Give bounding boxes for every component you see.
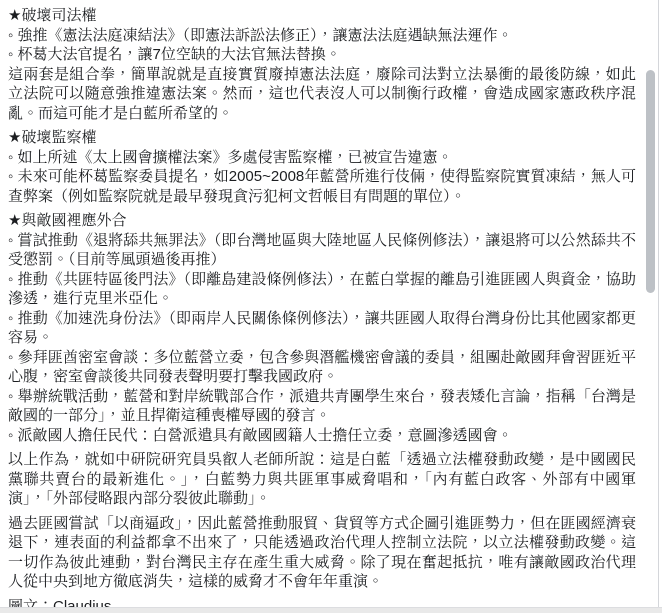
section-control-yuan-power: ★破壞監察權 ◦ 如上所述《太上國會擴權法案》多處侵害監察權，已被宣告違憲。 ◦… xyxy=(8,128,636,206)
post-viewer-window: ★破壞司法權 ◦ 強推《憲法法庭凍結法》（即憲法訴訟法修正），讓憲法法庭遇缺無法… xyxy=(0,0,662,613)
summary-paragraph: 以上作為，就如中研院研究員吳叡人老師所說：這是白藍「透過立法權發動政變，是中國國… xyxy=(8,450,636,509)
section-heading: ★破壞監察權 xyxy=(8,128,636,148)
bullet-line: ◦ 舉辦統戰活動，藍營和對岸統戰部合作，派遣共青團學生來台，發表矮化言論，指稱「… xyxy=(8,387,636,426)
section-enemy-collusion: ★與敵國裡應外合 ◦ 嘗試推動《退將舔共無罪法》（即台灣地區與大陸地區人民條例修… xyxy=(8,211,636,445)
bullet-line: ◦ 推動《共匪特區後門法》（即離島建設條例修法），在藍白掌握的離島引進匪國人與資… xyxy=(8,270,636,309)
conclusion-paragraph: 過去匪國嘗試「以商逼政」，因此藍營推動服貿、貨貿等方式企圖引進匪勢力，但在匪國經… xyxy=(8,514,636,592)
scrollbar-thumb[interactable] xyxy=(646,70,655,293)
credit-block: 圖文：Claudius xyxy=(8,597,636,608)
bullet-line: ◦ 派敵國人擔任民代：白營派遣具有敵國國籍人士擔任立委，意圖滲透國會。 xyxy=(8,426,636,446)
section-judicial-power: ★破壞司法權 ◦ 強推《憲法法庭凍結法》（即憲法訴訟法修正），讓憲法法庭遇缺無法… xyxy=(8,6,636,123)
bullet-line: ◦ 杯葛大法官提名，讓7位空缺的大法官無法替換。 xyxy=(8,45,636,65)
bullet-line: ◦ 未來可能杯葛監察委員提名，如2005~2008年藍營所進行伎倆，使得監察院實… xyxy=(8,167,636,206)
paragraph-text: 過去匪國嘗試「以商逼政」，因此藍營推動服貿、貨貿等方式企圖引進匪勢力，但在匪國經… xyxy=(8,514,636,592)
bullet-line: ◦ 嘗試推動《退將舔共無罪法》（即台灣地區與大陸地區人民條例修法），讓退將可以公… xyxy=(8,231,636,270)
bullet-line: ◦ 參拜匪酋密室會談：多位藍營立委，包含參與潛艦機密會議的委員，組團赴敵國拜會習… xyxy=(8,348,636,387)
bottom-page-strip xyxy=(0,607,662,613)
paragraph-text: 以上作為，就如中研院研究員吳叡人老師所說：這是白藍「透過立法權發動政變，是中國國… xyxy=(8,450,636,509)
scrollbar-track[interactable] xyxy=(644,0,657,613)
bullet-line: ◦ 如上所述《太上國會擴權法案》多處侵害監察權，已被宣告違憲。 xyxy=(8,148,636,168)
section-note: 這兩套是組合拳，簡單說就是直接實質廢掉憲法法庭，廢除司法對立法暴衝的最後防線，如… xyxy=(8,65,636,124)
panel-right-border xyxy=(658,0,659,613)
bullet-line: ◦ 強推《憲法法庭凍結法》（即憲法訴訟法修正），讓憲法法庭遇缺無法運作。 xyxy=(8,26,636,46)
bullet-line: ◦ 推動《加速洗身份法》（即兩岸人民關係條例修法），讓共匪國人取得台灣身份比其他… xyxy=(8,309,636,348)
section-heading: ★破壞司法權 xyxy=(8,6,636,26)
post-text-panel: ★破壞司法權 ◦ 強推《憲法法庭凍結法》（即憲法訴訟法修正），讓憲法法庭遇缺無法… xyxy=(0,0,662,607)
section-heading: ★與敵國裡應外合 xyxy=(8,211,636,231)
credit-line: 圖文：Claudius xyxy=(8,597,636,608)
